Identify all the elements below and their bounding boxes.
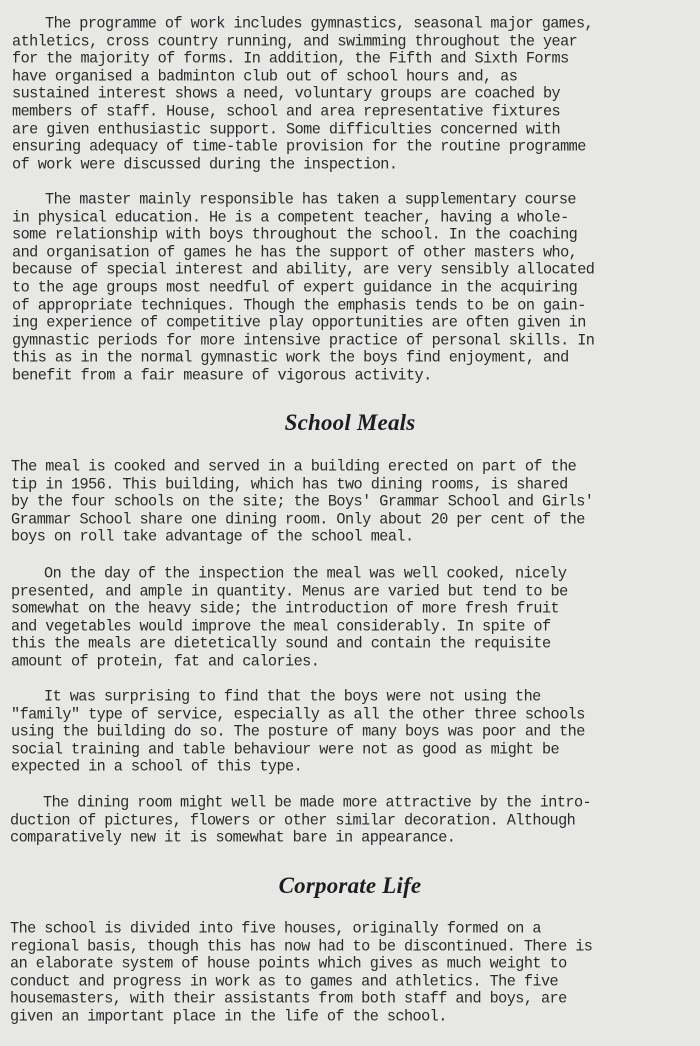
- text-line: this as in the normal gymnastic work the…: [12, 349, 569, 367]
- text-line: an elaborate system of house points whic…: [10, 955, 567, 973]
- text-line: ing experience of competitive play oppor…: [12, 314, 586, 332]
- text-line: this the meals are dietetically sound an…: [11, 635, 551, 653]
- text-line: by the four schools on the site; the Boy…: [11, 493, 593, 511]
- text-line: ensuring adequacy of time-table provisio…: [12, 138, 586, 156]
- text-line: expected in a school of this type.: [11, 758, 302, 776]
- text-line: sustained interest shows a need, volunta…: [12, 85, 560, 103]
- text-line: members of staff. House, school and area…: [12, 103, 560, 121]
- text-line: amount of protein, fat and calories.: [11, 653, 319, 671]
- section-heading-school-meals: School Meals: [0, 410, 700, 436]
- text-line: benefit from a fair measure of vigorous …: [12, 367, 432, 385]
- text-line: The school is divided into five houses, …: [10, 920, 541, 938]
- text-line: to the age groups most needful of expert…: [12, 279, 577, 297]
- text-line: comparatively new it is somewhat bare in…: [10, 829, 455, 847]
- text-line: boys on roll take advantage of the schoo…: [11, 528, 414, 546]
- text-line: because of special interest and ability,…: [12, 261, 594, 279]
- text-line: using the building do so. The posture of…: [11, 723, 585, 741]
- document-page: The programme of work includes gymnastic…: [0, 0, 700, 1046]
- text-line: of work were discussed during the inspec…: [12, 156, 397, 174]
- text-line: The master mainly responsible has taken …: [45, 191, 576, 209]
- text-line: The meal is cooked and served in a build…: [11, 458, 576, 476]
- text-line: for the majority of forms. In addition, …: [12, 50, 569, 68]
- text-line: housemasters, with their assistants from…: [10, 990, 567, 1008]
- text-line: somewhat on the heavy side; the introduc…: [11, 600, 559, 618]
- text-line: The dining room might well be made more …: [43, 794, 591, 812]
- text-line: The programme of work includes gymnastic…: [45, 15, 593, 33]
- text-line: On the day of the inspection the meal wa…: [44, 565, 566, 583]
- text-line: some relationship with boys throughout t…: [12, 226, 577, 244]
- text-line: It was surprising to find that the boys …: [44, 688, 541, 706]
- text-line: given an important place in the life of …: [10, 1008, 447, 1026]
- section-heading-corporate-life: Corporate Life: [0, 873, 700, 899]
